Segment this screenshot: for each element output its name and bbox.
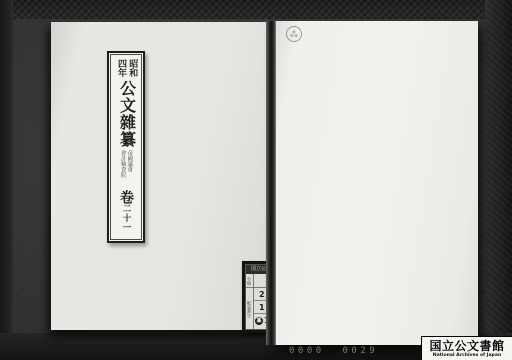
binding-gutter bbox=[266, 21, 276, 345]
frame-left-edge bbox=[0, 0, 13, 360]
blank-facing-page bbox=[274, 21, 478, 345]
naj-watermark-japanese: 国立公文書館 bbox=[429, 340, 504, 353]
microfilm-frame-counter: 0000 0029 bbox=[289, 346, 378, 356]
round-seal-stamp bbox=[286, 26, 302, 42]
frame-right-edge bbox=[485, 0, 512, 360]
classification-label: 分類 bbox=[246, 274, 254, 288]
circled-seal-icon: 纂 bbox=[255, 317, 263, 325]
annotation-col1: 帝國議會 bbox=[126, 150, 132, 178]
naj-watermark-english: National Archives of Japan bbox=[433, 353, 501, 358]
document-front-cover: 昭和 四年 公文雜纂 帝國議會 會計檢査院 卷二十一 国立公文書館 分類 配架番… bbox=[51, 22, 270, 330]
annotation-col2: 會計檢査院 bbox=[120, 150, 126, 178]
ministry-annotation: 帝國議會 會計檢査院 bbox=[119, 150, 133, 178]
frame-top-edge bbox=[0, 0, 512, 19]
volume-indicator: 卷二十一 bbox=[116, 190, 136, 233]
title-slip: 昭和 四年 公文雜纂 帝國議會 會計檢査院 卷二十一 bbox=[107, 51, 145, 243]
era-year: 昭和 四年 bbox=[115, 59, 138, 77]
volume-number: 二十一 bbox=[121, 204, 131, 233]
era-year-col1: 昭和 bbox=[126, 59, 137, 77]
document-title: 公文雜纂 bbox=[118, 80, 135, 148]
naj-watermark-badge: 国立公文書館 National Archives of Japan bbox=[421, 336, 512, 360]
volume-label: 卷 bbox=[118, 190, 134, 204]
era-year-col2: 四年 bbox=[115, 59, 126, 77]
shelf-number-label: 配架番号 bbox=[246, 288, 254, 329]
title-slip-border: 昭和 四年 公文雜纂 帝國議會 會計檢査院 卷二十一 bbox=[110, 54, 142, 240]
